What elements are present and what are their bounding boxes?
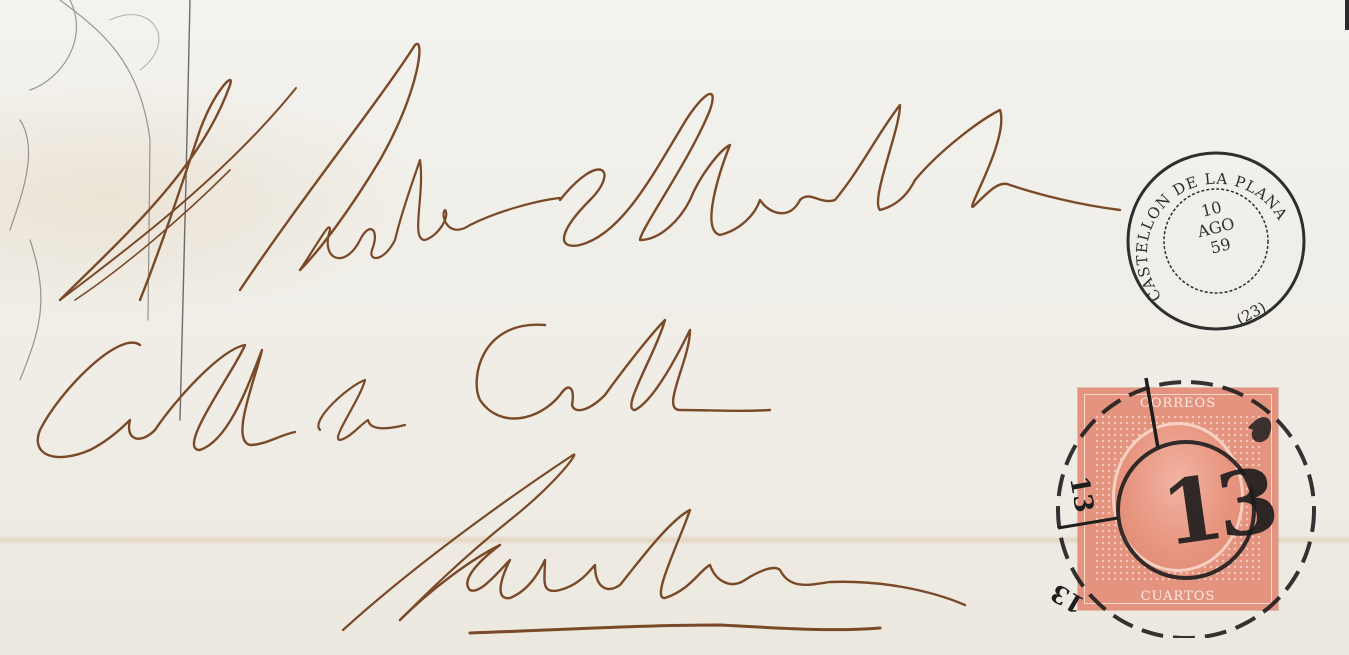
- svg-text:13: 13: [1063, 474, 1099, 515]
- postmark-castellon: CASTELLON DE LA PLANA (23) 10 AGO 59: [1122, 147, 1310, 335]
- postmark-district: (23): [1233, 298, 1269, 328]
- postal-cover: CASTELLON DE LA PLANA (23) 10 AGO 59 COR…: [0, 0, 1349, 655]
- cancel-numeral: 13: [1155, 448, 1279, 566]
